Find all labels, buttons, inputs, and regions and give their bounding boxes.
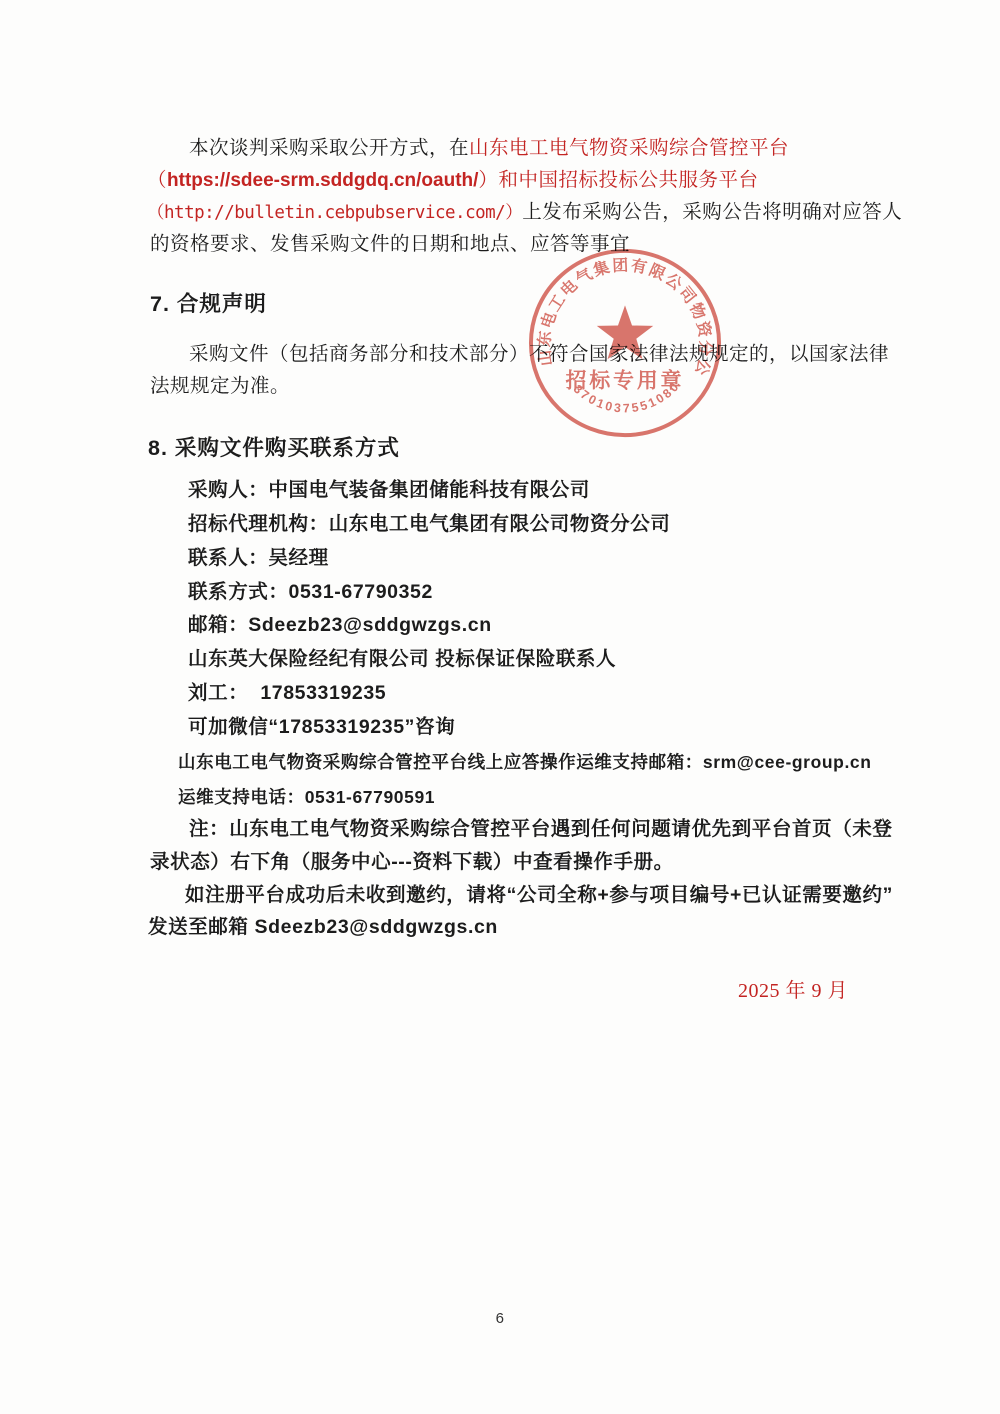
contact-item-insurance: 山东英大保险经纪有限公司 投标保证保险联系人	[188, 647, 616, 671]
contact-item-person: 联系人：吴经理	[188, 546, 329, 570]
cebpubservice-url: （http://bulletin.cebpubservice.com/）	[147, 203, 522, 223]
paren-open: （	[147, 170, 167, 191]
note-line-1: 注：山东电工电气物资采购综合管控平台遇到任何问题请优先到平台首页（未登	[189, 817, 893, 841]
stamp-company-text: 山东电工电气集团有限公司物资分公司	[524, 246, 716, 379]
paren-close: ）	[478, 170, 498, 191]
stamp-star-icon	[597, 305, 653, 359]
intro-line-2: （https://sdee-srm.sddgdq.cn/oauth/）和中国招标…	[147, 169, 758, 193]
page-number: 6	[0, 1307, 1000, 1331]
intro-l1-black: 本次谈判采购采取公开方式，在	[189, 138, 469, 159]
official-stamp: 山东电工电气集团有限公司物资分公司 招标专用章 3701037551080	[524, 246, 726, 444]
contact-item-purchaser: 采购人：中国电气装备集团储能科技有限公司	[188, 478, 590, 502]
section7-heading: 7. 合规声明	[150, 292, 267, 316]
support-phone-line: 运维支持电话：0531-67790591	[178, 785, 435, 809]
section8-heading: 8. 采购文件购买联系方式	[148, 436, 400, 460]
invite-line-1: 如注册平台成功后未收到邀约，请将“公司全称+参与项目编号+已认证需要邀约”	[185, 883, 893, 907]
srm-platform-url: https://sdee-srm.sddgdq.cn/oauth/	[167, 170, 478, 191]
contact-item-liu: 刘工： 17853319235	[188, 681, 386, 705]
contact-item-wechat: 可加微信“17853319235”咨询	[188, 715, 455, 739]
svg-text:山东电工电气集团有限公司物资分公司: 山东电工电气集团有限公司物资分公司	[524, 246, 716, 379]
document-date: 2025 年 9 月	[688, 979, 848, 1003]
contact-item-agency: 招标代理机构：山东电工电气集团有限公司物资分公司	[188, 512, 670, 536]
support-email-line: 山东电工电气物资采购综合管控平台线上应答操作运维支持邮箱：srm@cee-gro…	[178, 750, 872, 774]
document-page: 本次谈判采购采取公开方式，在山东电工电气物资采购综合管控平台 （https://…	[0, 0, 1000, 1414]
invite-line-2: 发送至邮箱 Sdeezb23@sddgwzgs.cn	[148, 915, 498, 939]
intro-l1-platform-name: 山东电工电气物资采购综合管控平台	[469, 138, 789, 159]
intro-line-3: （http://bulletin.cebpubservice.com/）上发布采…	[147, 201, 902, 225]
note-line-2: 录状态）右下角（服务中心---资料下载）中查看操作手册。	[150, 850, 674, 874]
intro-line-1: 本次谈判采购采取公开方式，在山东电工电气物资采购综合管控平台	[189, 137, 789, 161]
intro-l2-platform-name: 和中国招标投标公共服务平台	[498, 170, 758, 191]
section7-line-2: 法规规定为准。	[150, 375, 290, 399]
intro-l3-black: 上发布采购公告，采购公告将明确对应答人	[522, 202, 902, 223]
contact-item-phone: 联系方式：0531-67790352	[188, 580, 433, 604]
contact-item-email: 邮箱：Sdeezb23@sddgwzgs.cn	[188, 613, 492, 637]
